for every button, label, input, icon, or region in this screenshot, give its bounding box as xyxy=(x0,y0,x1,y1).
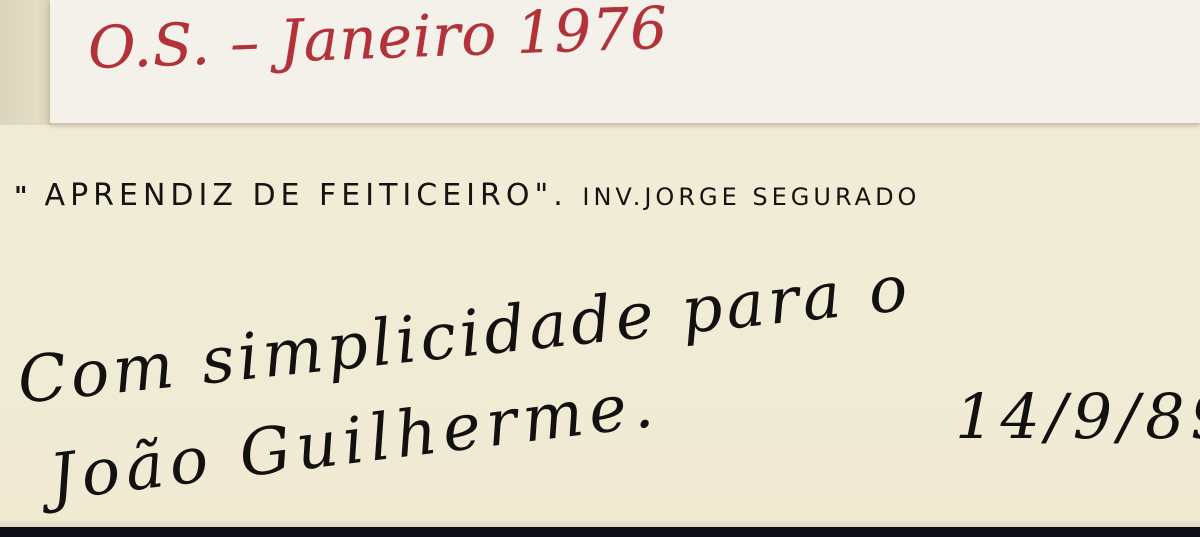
author-name: JORGE SEGURADO xyxy=(644,183,920,211)
closing-quote: ". xyxy=(534,178,567,213)
dedication-date: 14/9/89 xyxy=(955,380,1200,453)
author-prefix: INV. xyxy=(582,183,644,211)
opening-quote: " xyxy=(14,182,33,212)
artwork-title: APRENDIZ DE FEITICEIRO xyxy=(45,178,535,213)
paper-bottom-edge xyxy=(0,520,1200,527)
frame-edge xyxy=(0,527,1200,537)
artwork-title-line: "APRENDIZ DE FEITICEIRO". INV.JORGE SEGU… xyxy=(14,178,920,213)
card-shadow xyxy=(0,0,52,125)
